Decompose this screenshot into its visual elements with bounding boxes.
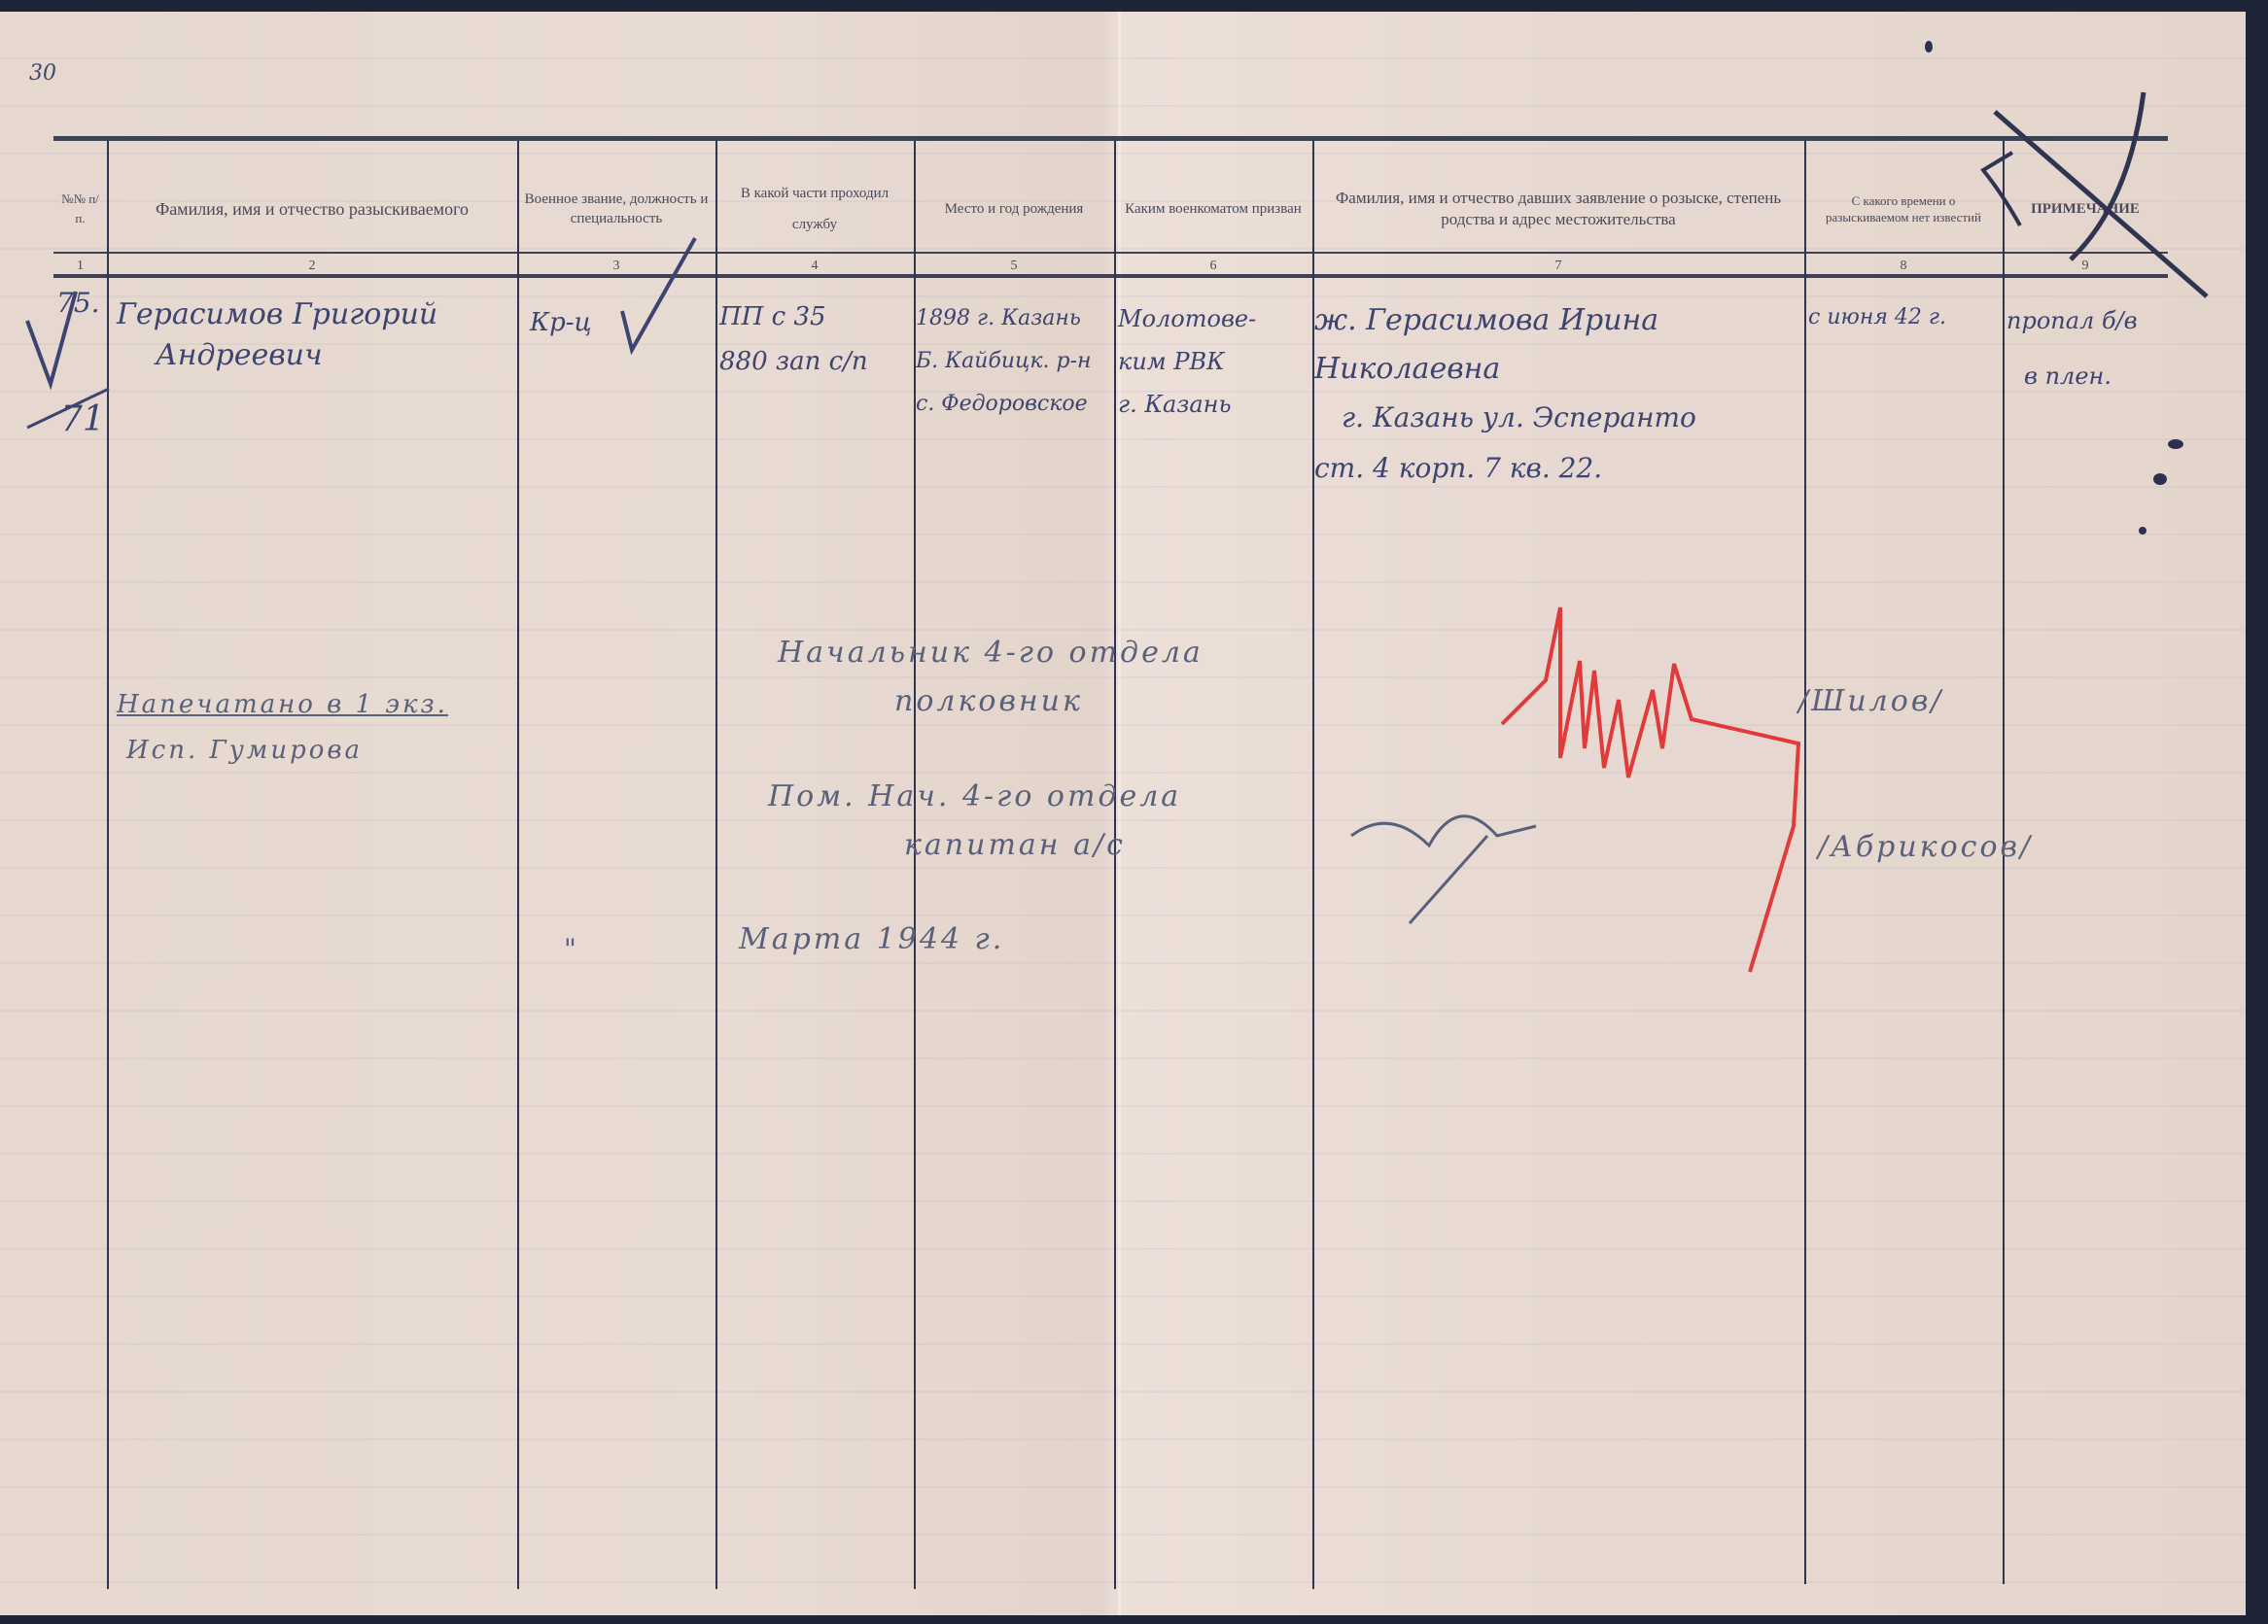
checkmark-icon xyxy=(622,238,695,350)
bracket-mark-icon xyxy=(1983,153,2020,225)
red-signature-icon xyxy=(1502,607,1798,972)
fraction-line-icon xyxy=(27,389,109,428)
checkmark-icon xyxy=(27,292,76,384)
pencil-signature-icon xyxy=(1351,816,1536,923)
pen-strokes-overlay xyxy=(0,0,2268,1624)
crossout-icon xyxy=(1995,112,2207,296)
